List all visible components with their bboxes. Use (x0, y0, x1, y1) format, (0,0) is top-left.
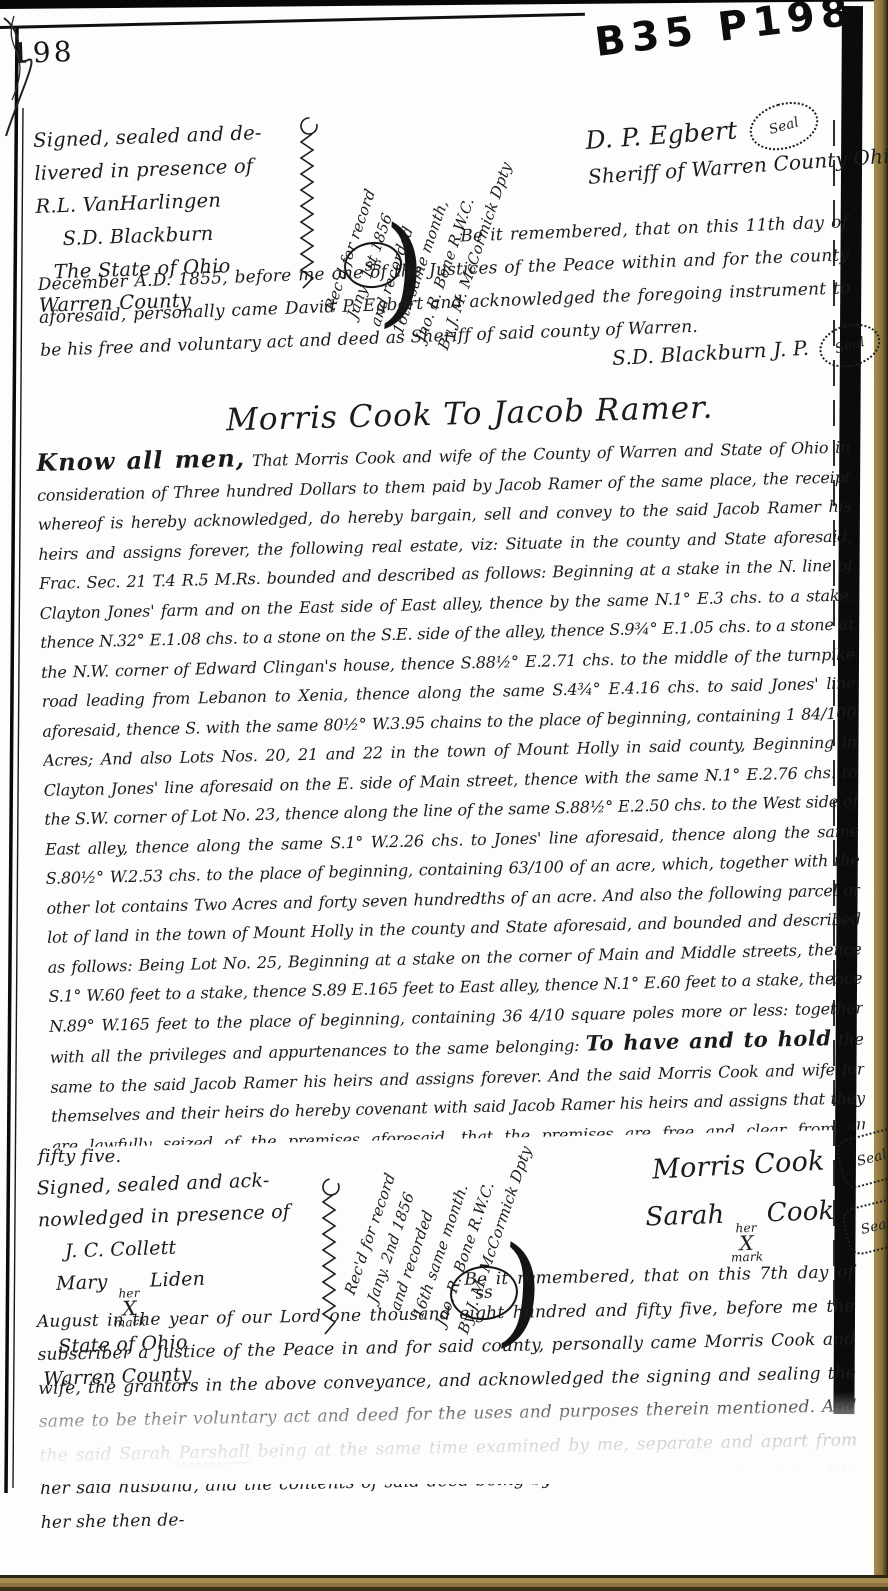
grantor-signature-with-mark: SarahherXmarkCook (645, 1196, 836, 1266)
sheriff-signature: D. P. Egbert (584, 115, 738, 155)
seal-text: Seal (855, 1146, 888, 1169)
deed-body-text-1: That Morris Cook and wife of the County … (37, 438, 863, 1067)
grantor-signature-block: Morris Cook Seal (651, 1131, 888, 1194)
seal-text: Seal (833, 334, 867, 357)
habendum-phrase: To have and to hold (585, 1025, 831, 1056)
grantor-signature: Morris Cook (651, 1145, 825, 1185)
scan-fade-overlay (14, 1392, 860, 1484)
book-cover-edge-right (874, 0, 888, 1591)
signature-first-name: Sarah (645, 1200, 725, 1233)
deed-title: Morris Cook To Jacob Ramer. (226, 390, 714, 439)
justice-signature: S.D. Blackburn J. P. (612, 336, 810, 370)
gutter-line-icon (0, 18, 34, 1538)
seal-text: Seal (859, 1215, 888, 1238)
seal-text: Seal (767, 114, 801, 138)
grantor-signature-block: SarahherXmarkCook Seal (645, 1193, 888, 1266)
deed-body-closing-line: fifty five. (38, 1146, 121, 1167)
seal-stamp: Seal (833, 1125, 888, 1190)
book-page-marker-label: B35 P198 (592, 0, 857, 66)
her-mark: herXmark (730, 1223, 764, 1264)
deed-opening-phrase: Know all men, (36, 443, 245, 477)
seal-stamp: Seal (840, 1196, 888, 1258)
scan-edge-top-line (0, 13, 585, 29)
deed-body-paragraph: Know all men, That Morris Cook and wife … (36, 430, 866, 1148)
book-cover-edge-bottom (0, 1575, 888, 1591)
signature-last-name: Cook (766, 1196, 835, 1228)
deed-record-page: 198 B35 P198 Signed, sealed and de- live… (0, 0, 888, 1591)
printed-page-number: 198 (11, 35, 75, 70)
